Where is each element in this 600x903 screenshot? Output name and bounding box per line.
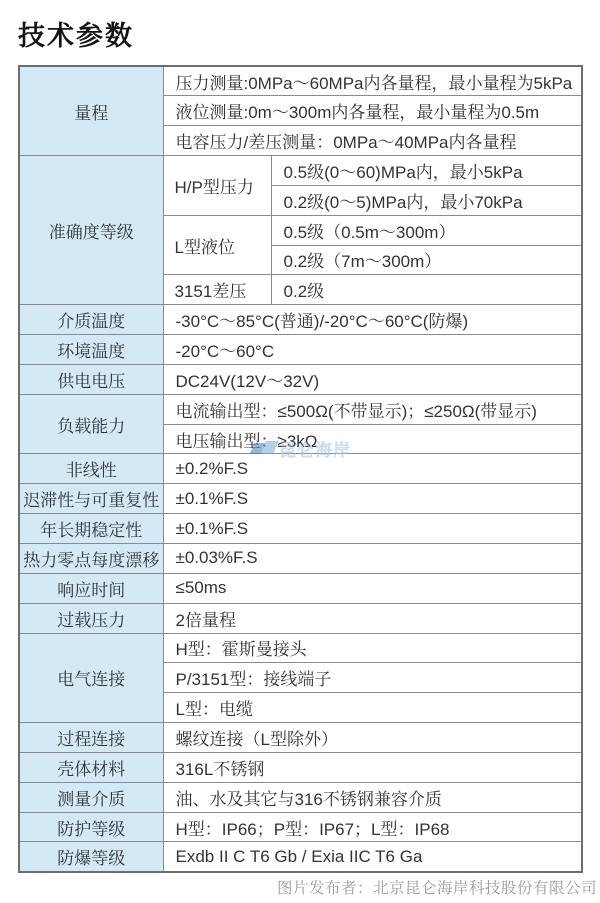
load-voltage-value: 电压输出型：≥3kΩ: [163, 424, 582, 454]
electrical-connection-label: 电气连接: [19, 633, 163, 723]
range-level-value: 液位测量:0m～300m内各量程，最小量程为0.5m: [163, 96, 582, 126]
explosion-rating-label: 防爆等级: [19, 842, 163, 872]
overload-label: 过载压力: [19, 603, 163, 633]
overload-value: 2倍量程: [163, 603, 582, 633]
page: 技术参数 量程 压力测量:0MPa～60MPa内各量程，最小量程为5kPa 液位…: [0, 0, 600, 903]
stability-label: 年长期稳定性: [19, 514, 163, 544]
range-pressure-value: 压力测量:0MPa～60MPa内各量程，最小量程为5kPa: [163, 66, 582, 96]
accuracy-3151-label: 3151差压: [163, 275, 271, 305]
page-title: 技术参数: [18, 14, 134, 53]
accuracy-label: 准确度等级: [19, 156, 163, 305]
accuracy-l-05-value: 0.5级（0.5m～300m）: [271, 215, 582, 245]
load-current-value: 电流输出型：≤500Ω(不带显示)；≤250Ω(带显示): [163, 394, 582, 424]
electrical-l-value: L型：电缆: [163, 693, 582, 723]
accuracy-l-02-value: 0.2级（7m～300m）: [271, 245, 582, 275]
ambient-temp-value: -20°C～60°C: [163, 335, 582, 365]
protection-rating-value: H型：IP66；P型：IP67；L型：IP68: [163, 812, 582, 842]
housing-material-label: 壳体材料: [19, 752, 163, 782]
accuracy-hp-pressure-label: H/P型压力: [163, 156, 271, 216]
hysteresis-value: ±0.1%F.S: [163, 484, 582, 514]
supply-voltage-label: 供电电压: [19, 364, 163, 394]
process-connection-value: 螺纹连接（L型除外）: [163, 723, 582, 753]
ambient-temp-label: 环境温度: [19, 335, 163, 365]
spec-table: 量程 压力测量:0MPa～60MPa内各量程，最小量程为5kPa 液位测量:0m…: [18, 65, 583, 873]
response-time-label: 响应时间: [19, 573, 163, 603]
accuracy-hp-05-value: 0.5级(0～60)MPa内，最小5kPa: [271, 156, 582, 186]
measured-medium-label: 测量介质: [19, 782, 163, 812]
range-capacitance-value: 电容压力/差压测量：0MPa～40MPa内各量程: [163, 126, 582, 156]
measured-medium-value: 油、水及其它与316不锈钢兼容介质: [163, 782, 582, 812]
hysteresis-label: 迟滞性与可重复性: [19, 484, 163, 514]
thermal-drift-label: 热力零点每度漂移: [19, 544, 163, 574]
footer-credit: 图片发布者：北京昆仑海岸科技股份有限公司: [277, 876, 597, 898]
medium-temp-value: -30°C～85°C(普通)/-20°C～60°C(防爆): [163, 305, 582, 335]
load-capacity-label: 负载能力: [19, 394, 163, 454]
process-connection-label: 过程连接: [19, 723, 163, 753]
electrical-p3151-value: P/3151型：接线端子: [163, 663, 582, 693]
accuracy-l-level-label: L型液位: [163, 215, 271, 275]
electrical-h-value: H型：霍斯曼接头: [163, 633, 582, 663]
protection-rating-label: 防护等级: [19, 812, 163, 842]
nonlinearity-value: ±0.2%F.S: [163, 454, 582, 484]
accuracy-hp-02-value: 0.2级(0～5)MPa内，最小70kPa: [271, 185, 582, 215]
response-time-value: ≤50ms: [163, 573, 582, 603]
nonlinearity-label: 非线性: [19, 454, 163, 484]
thermal-drift-value: ±0.03%F.S: [163, 544, 582, 574]
explosion-rating-value: Exdb II C T6 Gb / Exia IIC T6 Ga: [163, 842, 582, 872]
range-label: 量程: [19, 66, 163, 156]
medium-temp-label: 介质温度: [19, 305, 163, 335]
supply-voltage-value: DC24V(12V～32V): [163, 364, 582, 394]
accuracy-3151-value: 0.2级: [271, 275, 582, 305]
housing-material-value: 316L不锈钢: [163, 752, 582, 782]
stability-value: ±0.1%F.S: [163, 514, 582, 544]
